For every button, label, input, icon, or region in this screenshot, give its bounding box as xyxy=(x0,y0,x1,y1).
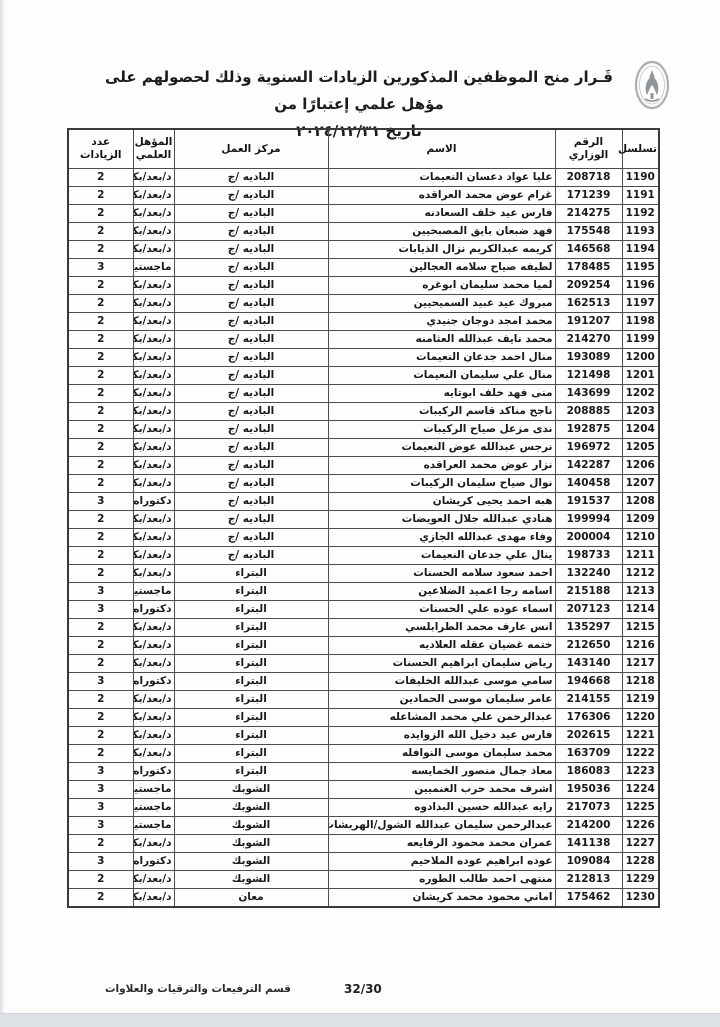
cell-name: لميا محمد سليمان ابوغره xyxy=(328,277,555,295)
cell-name: اشرف محمد حرب الغنميين xyxy=(328,781,555,799)
cell-name: انس عارف محمد الطرابلسي xyxy=(328,619,555,637)
cell-name: معاذ جمال منصور الخمايسه xyxy=(328,763,555,781)
page-number: 32/30 xyxy=(344,982,382,996)
cell-work_center: الباديه /ج xyxy=(174,385,328,403)
cell-qualification: د/بعد/بكا xyxy=(133,691,174,709)
cell-ministry_no: 121498 xyxy=(555,367,622,385)
cell-work_center: الشوبك xyxy=(174,871,328,889)
cell-name: نزار عوض محمد العراقده xyxy=(328,457,555,475)
cell-serial: 1202 xyxy=(622,385,659,403)
cell-raises: 3 xyxy=(68,673,133,691)
cell-ministry_no: 214155 xyxy=(555,691,622,709)
cell-ministry_no: 202615 xyxy=(555,727,622,745)
cell-work_center: الشوبك xyxy=(174,799,328,817)
cell-name: كريمه عبدالكريم نزال الذيابات xyxy=(328,241,555,259)
cell-qualification: د/بعد/بكا xyxy=(133,457,174,475)
table-row: 1224195036اشرف محمد حرب الغنميينالشوبكما… xyxy=(68,781,659,799)
cell-raises: 2 xyxy=(68,475,133,493)
cell-serial: 1212 xyxy=(622,565,659,583)
cell-work_center: الباديه /ج xyxy=(174,313,328,331)
cell-work_center: الباديه /ج xyxy=(174,187,328,205)
cell-work_center: البتراء xyxy=(174,565,328,583)
cell-serial: 1193 xyxy=(622,223,659,241)
table-row: 1230175462اماني محمود محمد كريشانمعاند/ب… xyxy=(68,889,659,908)
cell-ministry_no: 192875 xyxy=(555,421,622,439)
table-row: 1196209254لميا محمد سليمان ابوغرهالباديه… xyxy=(68,277,659,295)
cell-name: عليا عواد دعسان النعيمات xyxy=(328,169,555,187)
cell-qualification: د/بعد/بكا xyxy=(133,205,174,223)
cell-raises: 2 xyxy=(68,169,133,187)
cell-qualification: ماجستير xyxy=(133,583,174,601)
cell-work_center: الشوبك xyxy=(174,781,328,799)
table-row: 1195178485لطيفه صياح سلامه العجالينالباد… xyxy=(68,259,659,277)
cell-serial: 1225 xyxy=(622,799,659,817)
table-row: 1201121498منال علي سليمان النعيماتالبادي… xyxy=(68,367,659,385)
col-header-work-center: مركز العمل xyxy=(174,129,328,169)
cell-serial: 1198 xyxy=(622,313,659,331)
cell-work_center: الشوبك xyxy=(174,835,328,853)
cell-qualification: د/بعد/بكا xyxy=(133,187,174,205)
table-row: 1206142287نزار عوض محمد العراقدهالباديه … xyxy=(68,457,659,475)
cell-work_center: الباديه /ج xyxy=(174,277,328,295)
cell-qualification: د/بعد/بكا xyxy=(133,529,174,547)
cell-ministry_no: 135297 xyxy=(555,619,622,637)
cell-serial: 1219 xyxy=(622,691,659,709)
cell-ministry_no: 178485 xyxy=(555,259,622,277)
table-row: 1215135297انس عارف محمد الطرابلسيالبتراء… xyxy=(68,619,659,637)
table-row: 1227141138عمران محمد محمود الرفايعهالشوب… xyxy=(68,835,659,853)
cell-work_center: الباديه /ج xyxy=(174,475,328,493)
cell-work_center: البتراء xyxy=(174,583,328,601)
cell-serial: 1211 xyxy=(622,547,659,565)
cell-work_center: الشوبك xyxy=(174,817,328,835)
cell-qualification: د/بعد/بكا xyxy=(133,331,174,349)
cell-name: هبه احمد يحيى كريشان xyxy=(328,493,555,511)
cell-work_center: الباديه /ج xyxy=(174,529,328,547)
cell-qualification: د/بعد/بكا xyxy=(133,727,174,745)
cell-ministry_no: 175548 xyxy=(555,223,622,241)
table-row: 1216212650ختمه غضيان عقله العلاديهالبترا… xyxy=(68,637,659,655)
cell-name: رياض سليمان ابراهيم الحسنات xyxy=(328,655,555,673)
cell-raises: 3 xyxy=(68,853,133,871)
table-row: 1192214275فارس عيد خلف السعادنهالباديه /… xyxy=(68,205,659,223)
cell-raises: 2 xyxy=(68,205,133,223)
cell-qualification: د/بعد/بكا xyxy=(133,295,174,313)
table-row: 1199214270محمد نايف عبدالله العثامنهالبا… xyxy=(68,331,659,349)
table-header: تسلسل الرقم الوزاري الاسم مركز العمل الم… xyxy=(68,129,659,169)
cell-ministry_no: 143140 xyxy=(555,655,622,673)
cell-raises: 2 xyxy=(68,709,133,727)
col-header-serial: تسلسل xyxy=(622,129,659,169)
col-header-raises: عدد الزيادات xyxy=(68,129,133,169)
cell-qualification: د/بعد/بكا xyxy=(133,421,174,439)
cell-name: غرام عوض محمد العراقده xyxy=(328,187,555,205)
cell-raises: 2 xyxy=(68,367,133,385)
cell-qualification: دكتوراه xyxy=(133,493,174,511)
table-row: 1204192875ندى مزعل صياح الركيباتالباديه … xyxy=(68,421,659,439)
cell-work_center: البتراء xyxy=(174,673,328,691)
employees-table: تسلسل الرقم الوزاري الاسم مركز العمل الم… xyxy=(67,128,660,908)
cell-serial: 1221 xyxy=(622,727,659,745)
cell-ministry_no: 214270 xyxy=(555,331,622,349)
table-row: 1194146568كريمه عبدالكريم نزال الذياباتا… xyxy=(68,241,659,259)
cell-qualification: د/بعد/بكا xyxy=(133,889,174,908)
cell-name: ينال علي جدعان النعيمات xyxy=(328,547,555,565)
cell-ministry_no: 140458 xyxy=(555,475,622,493)
cell-serial: 1200 xyxy=(622,349,659,367)
cell-raises: 2 xyxy=(68,385,133,403)
cell-qualification: د/بعد/بكا xyxy=(133,637,174,655)
cell-work_center: الباديه /ج xyxy=(174,349,328,367)
employees-table-body: 1190208718عليا عواد دعسان النعيماتالبادي… xyxy=(68,169,659,908)
cell-serial: 1203 xyxy=(622,403,659,421)
cell-ministry_no: 214200 xyxy=(555,817,622,835)
cell-work_center: الباديه /ج xyxy=(174,403,328,421)
table-row: 1219214155عامر سليمان موسى الحمادينالبتر… xyxy=(68,691,659,709)
cell-work_center: الباديه /ج xyxy=(174,511,328,529)
cell-serial: 1223 xyxy=(622,763,659,781)
cell-name: ختمه غضيان عقله العلاديه xyxy=(328,637,555,655)
cell-raises: 2 xyxy=(68,871,133,889)
table-row: 1212132240احمد سعود سلامه الحسناتالبتراء… xyxy=(68,565,659,583)
cell-raises: 2 xyxy=(68,619,133,637)
cell-work_center: الباديه /ج xyxy=(174,457,328,475)
cell-ministry_no: 191207 xyxy=(555,313,622,331)
cell-qualification: د/بعد/بكا xyxy=(133,619,174,637)
cell-serial: 1204 xyxy=(622,421,659,439)
cell-work_center: الباديه /ج xyxy=(174,169,328,187)
cell-raises: 2 xyxy=(68,835,133,853)
cell-raises: 3 xyxy=(68,583,133,601)
cell-work_center: البتراء xyxy=(174,655,328,673)
cell-serial: 1194 xyxy=(622,241,659,259)
cell-raises: 2 xyxy=(68,511,133,529)
header-row: تسلسل الرقم الوزاري الاسم مركز العمل الم… xyxy=(68,129,659,169)
cell-serial: 1209 xyxy=(622,511,659,529)
cell-ministry_no: 196972 xyxy=(555,439,622,457)
cell-work_center: البتراء xyxy=(174,601,328,619)
cell-qualification: د/بعد/بكا xyxy=(133,403,174,421)
table-row: 1208191537هبه احمد يحيى كريشانالباديه /ج… xyxy=(68,493,659,511)
cell-name: اسامه رجا اعميد الضلاعين xyxy=(328,583,555,601)
cell-qualification: ماجستير xyxy=(133,799,174,817)
cell-qualification: د/بعد/بكا xyxy=(133,655,174,673)
table-row: 1228109084عوده ابراهيم عوده الملاحيمالشو… xyxy=(68,853,659,871)
cell-work_center: الباديه /ج xyxy=(174,547,328,565)
cell-name: منال علي سليمان النعيمات xyxy=(328,367,555,385)
cell-name: وفاء مهدى عبدالله الجازي xyxy=(328,529,555,547)
cell-ministry_no: 208885 xyxy=(555,403,622,421)
cell-work_center: البتراء xyxy=(174,619,328,637)
cell-raises: 2 xyxy=(68,529,133,547)
cell-name: فارس عيد دخيل الله الزوايده xyxy=(328,727,555,745)
cell-raises: 2 xyxy=(68,691,133,709)
cell-raises: 2 xyxy=(68,421,133,439)
cell-ministry_no: 132240 xyxy=(555,565,622,583)
cell-raises: 3 xyxy=(68,763,133,781)
cell-raises: 2 xyxy=(68,313,133,331)
cell-serial: 1190 xyxy=(622,169,659,187)
cell-raises: 3 xyxy=(68,259,133,277)
cell-ministry_no: 200004 xyxy=(555,529,622,547)
cell-serial: 1228 xyxy=(622,853,659,871)
cell-work_center: الباديه /ج xyxy=(174,439,328,457)
scan-edge-bottom xyxy=(0,1013,720,1027)
cell-serial: 1192 xyxy=(622,205,659,223)
cell-serial: 1217 xyxy=(622,655,659,673)
table-row: 1213215188اسامه رجا اعميد الضلاعينالبترا… xyxy=(68,583,659,601)
cell-ministry_no: 143699 xyxy=(555,385,622,403)
table-row: 1209199994هنادي عبدالله جلال العويضاتالب… xyxy=(68,511,659,529)
cell-serial: 1199 xyxy=(622,331,659,349)
cell-qualification: د/بعد/بكا xyxy=(133,439,174,457)
scan-edge-left xyxy=(0,0,5,1027)
document-page: قَـرار منح الموظفين المذكورين الزيادات ا… xyxy=(0,0,720,1027)
cell-name: نرجس عبدالله عوض النعيمات xyxy=(328,439,555,457)
table-row: 1226214200عبدالرحمن سليمان عبدالله الشول… xyxy=(68,817,659,835)
cell-name: احمد سعود سلامه الحسنات xyxy=(328,565,555,583)
table-row: 1200193089منال احمد جدعان النعيماتالبادي… xyxy=(68,349,659,367)
cell-qualification: ماجستير xyxy=(133,259,174,277)
cell-ministry_no: 175462 xyxy=(555,889,622,908)
cell-work_center: الباديه /ج xyxy=(174,367,328,385)
cell-work_center: الباديه /ج xyxy=(174,295,328,313)
cell-serial: 1206 xyxy=(622,457,659,475)
cell-raises: 3 xyxy=(68,799,133,817)
cell-serial: 1213 xyxy=(622,583,659,601)
cell-name: رايه عبدالله حسين البدادوه xyxy=(328,799,555,817)
cell-qualification: د/بعد/بكا xyxy=(133,241,174,259)
cell-serial: 1226 xyxy=(622,817,659,835)
cell-raises: 2 xyxy=(68,223,133,241)
cell-qualification: د/بعد/بكا xyxy=(133,277,174,295)
footer-department: قسم الترفيعات والترقيات والعلاوات xyxy=(105,983,291,995)
cell-name: اسماء عوده علي الحسنات xyxy=(328,601,555,619)
cell-qualification: د/بعد/بكا xyxy=(133,835,174,853)
cell-serial: 1205 xyxy=(622,439,659,457)
cell-ministry_no: 212650 xyxy=(555,637,622,655)
cell-serial: 1216 xyxy=(622,637,659,655)
cell-ministry_no: 212813 xyxy=(555,871,622,889)
cell-name: منتهى احمد طالب الطوره xyxy=(328,871,555,889)
cell-serial: 1201 xyxy=(622,367,659,385)
cell-raises: 2 xyxy=(68,439,133,457)
cell-ministry_no: 193089 xyxy=(555,349,622,367)
cell-raises: 2 xyxy=(68,277,133,295)
cell-work_center: الشوبك xyxy=(174,853,328,871)
cell-work_center: الباديه /ج xyxy=(174,259,328,277)
cell-qualification: د/بعد/بكا xyxy=(133,547,174,565)
cell-raises: 2 xyxy=(68,403,133,421)
cell-name: سامي موسى عبدالله الخليفات xyxy=(328,673,555,691)
cell-serial: 1207 xyxy=(622,475,659,493)
cell-serial: 1218 xyxy=(622,673,659,691)
cell-serial: 1197 xyxy=(622,295,659,313)
cell-ministry_no: 215188 xyxy=(555,583,622,601)
cell-ministry_no: 162513 xyxy=(555,295,622,313)
cell-raises: 2 xyxy=(68,295,133,313)
table-row: 1220176306عبدالرحمن علي محمد المشاعلهالب… xyxy=(68,709,659,727)
cell-serial: 1227 xyxy=(622,835,659,853)
cell-name: ندى مزعل صياح الركيبات xyxy=(328,421,555,439)
cell-name: عمران محمد محمود الرفايعه xyxy=(328,835,555,853)
cell-ministry_no: 191537 xyxy=(555,493,622,511)
title-line-1: قَـرار منح الموظفين المذكورين الزيادات ا… xyxy=(90,64,628,118)
cell-serial: 1196 xyxy=(622,277,659,295)
col-header-name: الاسم xyxy=(328,129,555,169)
cell-work_center: البتراء xyxy=(174,709,328,727)
cell-qualification: د/بعد/بكا xyxy=(133,385,174,403)
table-row: 1223186083معاذ جمال منصور الخمايسهالبترا… xyxy=(68,763,659,781)
cell-raises: 2 xyxy=(68,241,133,259)
cell-serial: 1214 xyxy=(622,601,659,619)
cell-serial: 1208 xyxy=(622,493,659,511)
cell-work_center: الباديه /ج xyxy=(174,493,328,511)
cell-ministry_no: 142287 xyxy=(555,457,622,475)
table-row: 1198191207محمد امجد دوجان جنيديالباديه /… xyxy=(68,313,659,331)
cell-qualification: د/بعد/بكا xyxy=(133,871,174,889)
cell-serial: 1195 xyxy=(622,259,659,277)
cell-serial: 1230 xyxy=(622,889,659,908)
cell-name: لطيفه صياح سلامه العجالين xyxy=(328,259,555,277)
cell-work_center: معان xyxy=(174,889,328,908)
cell-serial: 1191 xyxy=(622,187,659,205)
table-row: 1229212813منتهى احمد طالب الطورهالشوبكد/… xyxy=(68,871,659,889)
col-header-ministry-no: الرقم الوزاري xyxy=(555,129,622,169)
cell-work_center: البتراء xyxy=(174,691,328,709)
cell-ministry_no: 141138 xyxy=(555,835,622,853)
cell-ministry_no: 109084 xyxy=(555,853,622,871)
cell-qualification: د/بعد/بكا xyxy=(133,313,174,331)
cell-qualification: ماجستير xyxy=(133,781,174,799)
cell-qualification: د/بعد/بكا xyxy=(133,565,174,583)
cell-qualification: د/بعد/بكا xyxy=(133,169,174,187)
cell-qualification: ماجستير xyxy=(133,817,174,835)
cell-qualification: د/بعد/بكا xyxy=(133,511,174,529)
cell-name: ناجح مناكد قاسم الركيبات xyxy=(328,403,555,421)
cell-serial: 1220 xyxy=(622,709,659,727)
cell-work_center: البتراء xyxy=(174,745,328,763)
cell-raises: 2 xyxy=(68,457,133,475)
cell-ministry_no: 146568 xyxy=(555,241,622,259)
cell-name: فارس عيد خلف السعادنه xyxy=(328,205,555,223)
table-row: 1217143140رياض سليمان ابراهيم الحسناتالب… xyxy=(68,655,659,673)
cell-qualification: دكتوراه xyxy=(133,601,174,619)
table-row: 1221202615فارس عيد دخيل الله الزوايدهالب… xyxy=(68,727,659,745)
cell-serial: 1229 xyxy=(622,871,659,889)
cell-raises: 3 xyxy=(68,601,133,619)
cell-qualification: د/بعد/بكا xyxy=(133,349,174,367)
cell-name: هنادي عبدالله جلال العويضات xyxy=(328,511,555,529)
cell-work_center: البتراء xyxy=(174,763,328,781)
cell-qualification: دكتوراه xyxy=(133,763,174,781)
cell-ministry_no: 209254 xyxy=(555,277,622,295)
cell-name: عبدالرحمن سليمان عبدالله الشول/الهريشات xyxy=(328,817,555,835)
cell-ministry_no: 217073 xyxy=(555,799,622,817)
cell-raises: 3 xyxy=(68,493,133,511)
cell-qualification: دكتوراه xyxy=(133,853,174,871)
cell-ministry_no: 171239 xyxy=(555,187,622,205)
cell-ministry_no: 176306 xyxy=(555,709,622,727)
cell-work_center: الباديه /ج xyxy=(174,223,328,241)
table-row: 1222163709محمد سليمان موسى النوافلهالبتر… xyxy=(68,745,659,763)
cell-ministry_no: 163709 xyxy=(555,745,622,763)
cell-name: فهد ضبعان بايق المصبحيين xyxy=(328,223,555,241)
cell-work_center: الباديه /ج xyxy=(174,205,328,223)
cell-work_center: الباديه /ج xyxy=(174,421,328,439)
cell-raises: 2 xyxy=(68,547,133,565)
cell-raises: 2 xyxy=(68,331,133,349)
cell-raises: 3 xyxy=(68,781,133,799)
cell-ministry_no: 214275 xyxy=(555,205,622,223)
cell-name: اماني محمود محمد كريشان xyxy=(328,889,555,908)
cell-name: محمد نايف عبدالله العثامنه xyxy=(328,331,555,349)
cell-raises: 2 xyxy=(68,565,133,583)
cell-name: عامر سليمان موسى الحمادين xyxy=(328,691,555,709)
cell-raises: 2 xyxy=(68,745,133,763)
table-row: 1214207123اسماء عوده علي الحسناتالبتراءد… xyxy=(68,601,659,619)
table-row: 1197162513مبروك عيد عبيد السميحيينالبادي… xyxy=(68,295,659,313)
table-row: 1211198733ينال علي جدعان النعيماتالباديه… xyxy=(68,547,659,565)
cell-ministry_no: 186083 xyxy=(555,763,622,781)
cell-qualification: د/بعد/بكا xyxy=(133,745,174,763)
cell-qualification: د/بعد/بكا xyxy=(133,475,174,493)
table-row: 1218194668سامي موسى عبدالله الخليفاتالبت… xyxy=(68,673,659,691)
cell-serial: 1215 xyxy=(622,619,659,637)
cell-work_center: الباديه /ج xyxy=(174,331,328,349)
cell-raises: 2 xyxy=(68,727,133,745)
cell-ministry_no: 194668 xyxy=(555,673,622,691)
cell-name: محمد سليمان موسى النوافله xyxy=(328,745,555,763)
cell-qualification: دكتوراه xyxy=(133,673,174,691)
cell-name: مبروك عيد عبيد السميحيين xyxy=(328,295,555,313)
table-row: 1190208718عليا عواد دعسان النعيماتالبادي… xyxy=(68,169,659,187)
cell-raises: 2 xyxy=(68,889,133,908)
cell-qualification: د/بعد/بكا xyxy=(133,367,174,385)
cell-work_center: الباديه /ج xyxy=(174,241,328,259)
ministry-seal-icon xyxy=(634,60,670,110)
cell-ministry_no: 198733 xyxy=(555,547,622,565)
table-row: 1202143699منى فهد خلف ابوتايهالباديه /جد… xyxy=(68,385,659,403)
cell-serial: 1222 xyxy=(622,745,659,763)
cell-name: عوده ابراهيم عوده الملاحيم xyxy=(328,853,555,871)
cell-ministry_no: 195036 xyxy=(555,781,622,799)
cell-qualification: د/بعد/بكا xyxy=(133,709,174,727)
col-header-qualification: المؤهل العلمي xyxy=(133,129,174,169)
cell-name: منال احمد جدعان النعيمات xyxy=(328,349,555,367)
cell-serial: 1224 xyxy=(622,781,659,799)
table-row: 1203208885ناجح مناكد قاسم الركيباتالبادي… xyxy=(68,403,659,421)
table-row: 1205196972نرجس عبدالله عوض النعيماتالباد… xyxy=(68,439,659,457)
cell-name: نوال صياح سليمان الركيبات xyxy=(328,475,555,493)
cell-raises: 2 xyxy=(68,349,133,367)
table-row: 1225217073رايه عبدالله حسين البدادوهالشو… xyxy=(68,799,659,817)
cell-raises: 2 xyxy=(68,637,133,655)
cell-name: عبدالرحمن علي محمد المشاعله xyxy=(328,709,555,727)
cell-raises: 2 xyxy=(68,187,133,205)
table-row: 1207140458نوال صياح سليمان الركيباتالباد… xyxy=(68,475,659,493)
cell-work_center: البتراء xyxy=(174,637,328,655)
cell-name: محمد امجد دوجان جنيدي xyxy=(328,313,555,331)
cell-ministry_no: 208718 xyxy=(555,169,622,187)
cell-ministry_no: 207123 xyxy=(555,601,622,619)
cell-raises: 3 xyxy=(68,817,133,835)
cell-raises: 2 xyxy=(68,655,133,673)
table-row: 1193175548فهد ضبعان بايق المصبحيينالبادي… xyxy=(68,223,659,241)
cell-name: منى فهد خلف ابوتايه xyxy=(328,385,555,403)
cell-ministry_no: 199994 xyxy=(555,511,622,529)
cell-qualification: د/بعد/بكا xyxy=(133,223,174,241)
